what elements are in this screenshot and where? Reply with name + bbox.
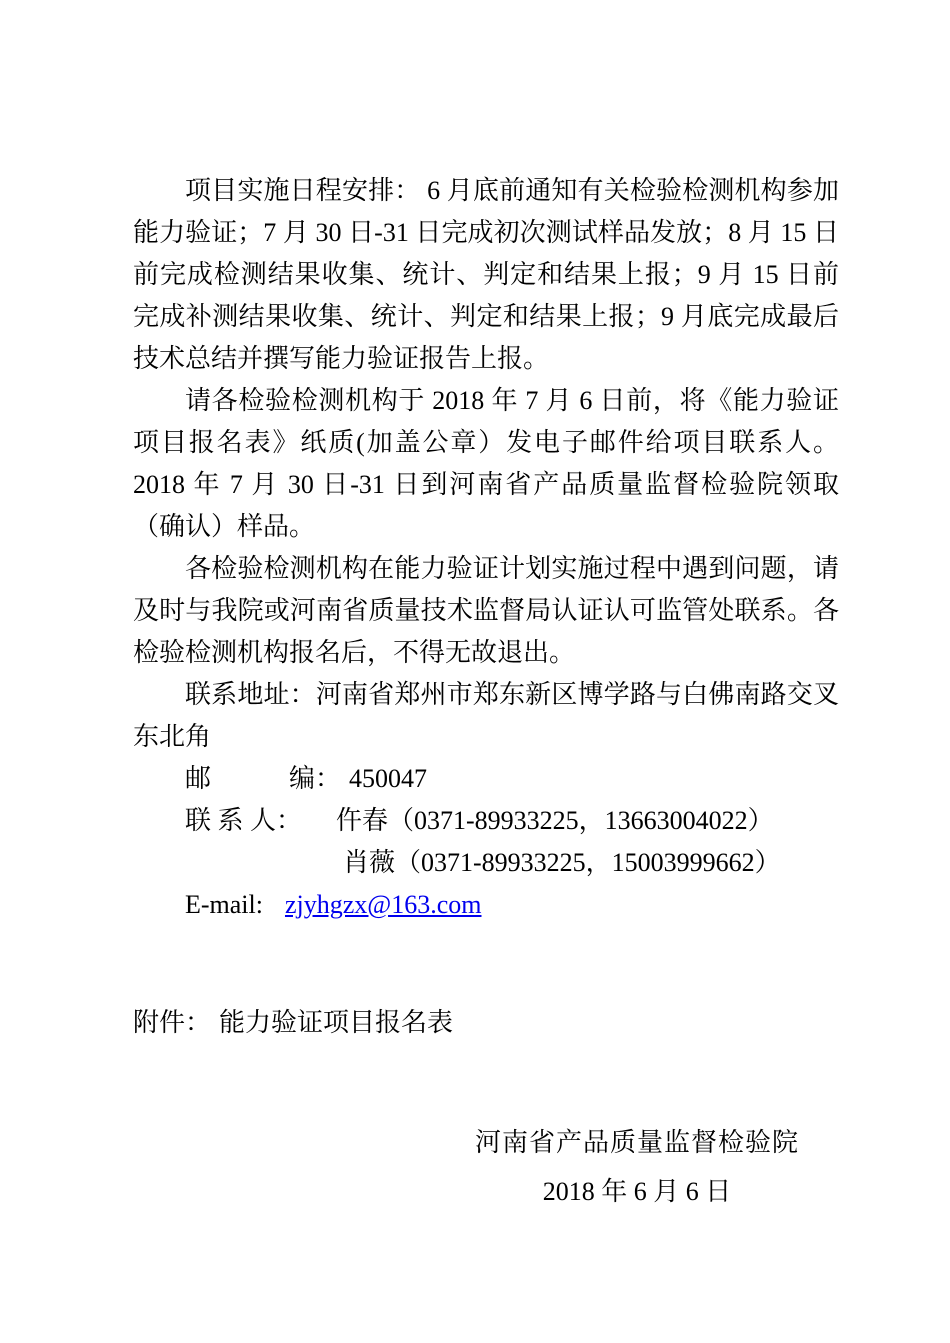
contact-email-line: E-mail:zjyhgzx@163.com	[133, 884, 839, 926]
signature-block: 河南省产品质量监督检验院 2018 年 6 月 6 日	[475, 1122, 799, 1213]
contact-person-line-1: 联 系 人：仵春（0371-89933225，13663004022）	[133, 800, 839, 842]
contact-person-label: 联 系 人：	[185, 806, 302, 835]
document-page: 项目实施日程安排： 6 月底前通知有关检验检测机构参加能力验证；7 月 30 日…	[0, 0, 950, 1343]
contact-address-label: 联系地址：	[185, 680, 316, 709]
attachment-line: 附件：能力验证项目报名表	[133, 1002, 839, 1044]
attachment-title: 能力验证项目报名表	[219, 1008, 453, 1037]
contact-person-2: 肖薇（0371-89933225，15003999662）	[343, 848, 781, 877]
contact-person-line-2: 肖薇（0371-89933225，15003999662）	[133, 842, 839, 884]
paragraph-issues: 各检验检测机构在能力验证计划实施过程中遇到问题，请及时与我院或河南省质量技术监督…	[133, 548, 839, 674]
paragraph-schedule: 项目实施日程安排： 6 月底前通知有关检验检测机构参加能力验证；7 月 30 日…	[133, 170, 839, 380]
paragraph-registration: 请各检验检测机构于 2018 年 7 月 6 日前，将《能力验证项目报名表》纸质…	[133, 380, 839, 548]
email-link[interactable]: zjyhgzx@163.com	[285, 890, 482, 919]
signature-date: 2018 年 6 月 6 日	[475, 1171, 799, 1213]
attachment-label: 附件：	[133, 1008, 211, 1037]
contact-address-line: 联系地址：河南省郑州市郑东新区博学路与白佛南路交叉东北角	[133, 674, 839, 758]
contact-postcode-value: 450047	[349, 764, 427, 793]
signature-organization: 河南省产品质量监督检验院	[475, 1122, 799, 1164]
contact-person-1: 仵春（0371-89933225，13663004022）	[336, 806, 774, 835]
contact-postcode-label: 邮 编：	[185, 764, 341, 793]
email-label: E-mail:	[185, 890, 263, 919]
contact-postcode-line: 邮 编：450047	[133, 758, 839, 800]
